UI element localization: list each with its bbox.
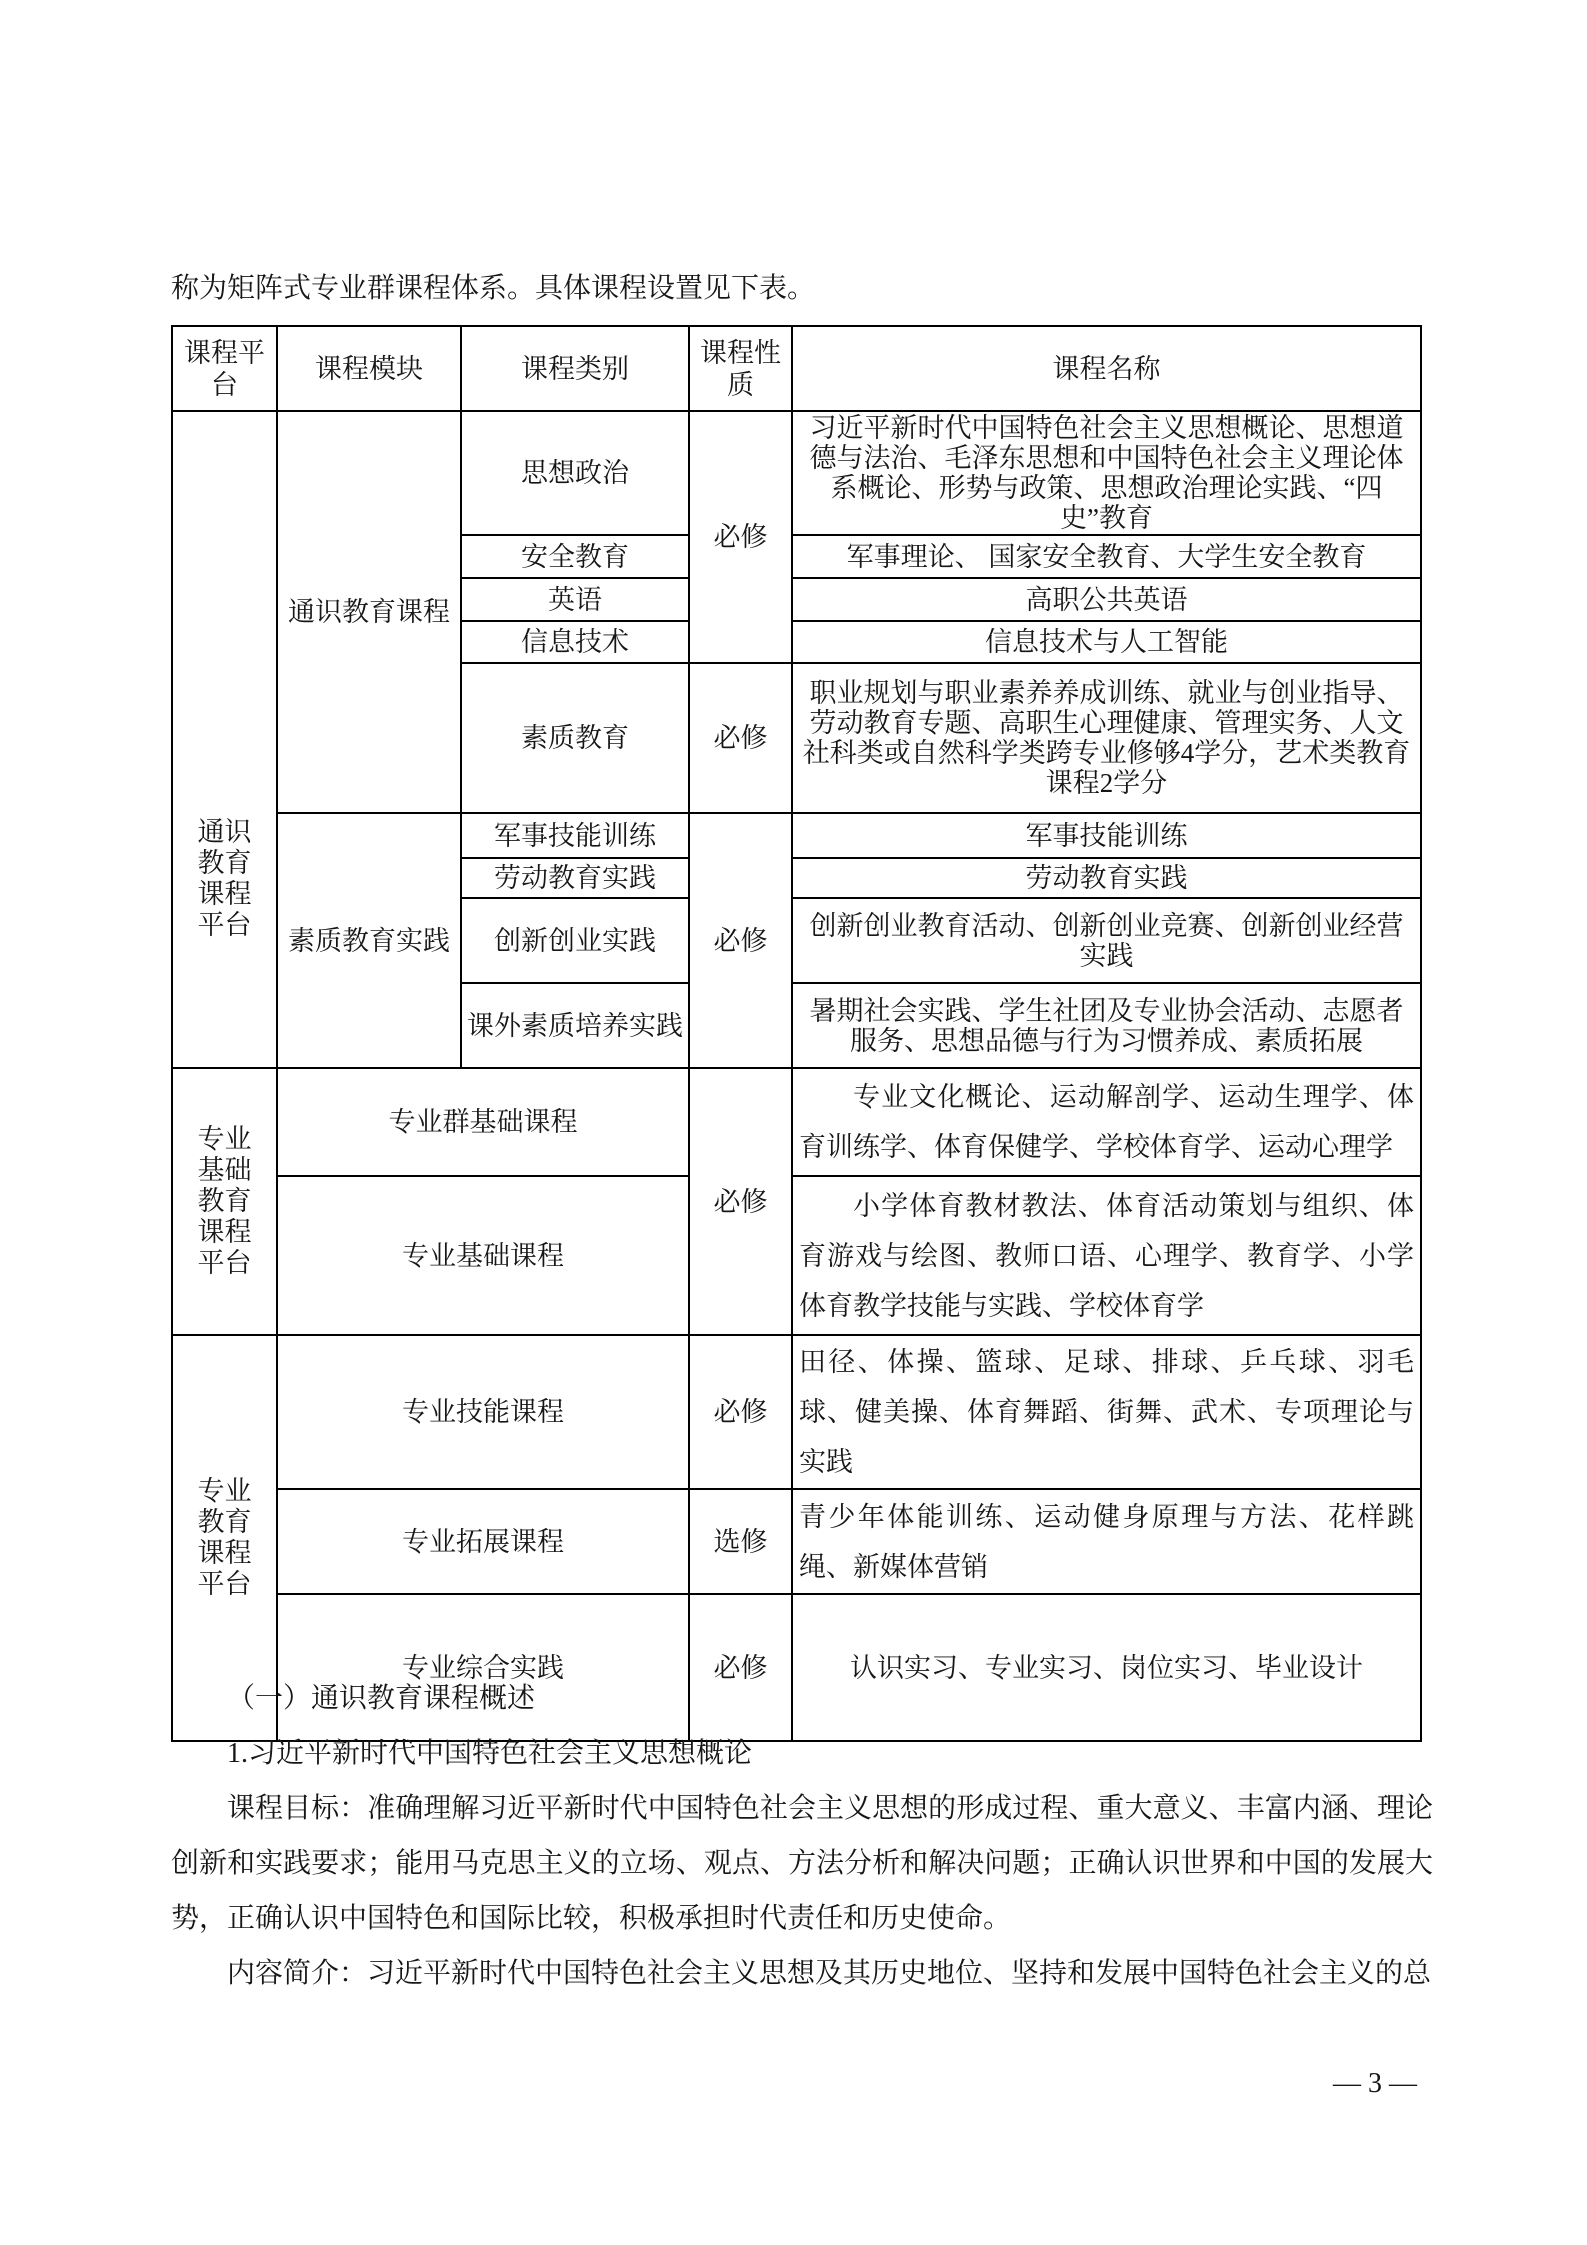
after-table-text: （一）通识教育课程概述 1.习近平新时代中国特色社会主义思想概论 课程目标：准确…	[171, 1671, 1433, 2001]
cell-nature-required: 必修	[689, 1335, 792, 1489]
document-page: 称为矩阵式专业群课程体系。具体课程设置见下表。 课程平台 课程模块 课程类别 课…	[0, 0, 1587, 2245]
cell-category-it: 信息技术	[461, 621, 689, 663]
curriculum-table: 课程平台 课程模块 课程类别 课程性质 课程名称 通识 教育 课程 平台 通识教…	[171, 325, 1422, 1742]
intro-paragraph: 称为矩阵式专业群课程体系。具体课程设置见下表。	[171, 272, 1433, 306]
table-row: 专业 基础 教育 课程 平台 专业群基础课程 必修 专业文化概论、运动解剖学、运…	[172, 1068, 1421, 1176]
cell-nature-required: 必修	[689, 663, 792, 813]
cell-courses-professional-basic: 小学体育教材教法、体育活动策划与组织、体育游戏与绘图、教师口语、心理学、教育学、…	[792, 1176, 1421, 1335]
cell-courses-military-training: 军事技能训练	[792, 813, 1421, 858]
cell-category-skills: 专业技能课程	[277, 1335, 689, 1489]
cell-courses-safety: 军事理论、 国家安全教育、大学生安全教育	[792, 535, 1421, 578]
cell-category-military-training: 军事技能训练	[461, 813, 689, 858]
table-row: 通识 教育 课程 平台 通识教育课程 思想政治 必修 习近平新时代中国特色社会主…	[172, 411, 1421, 535]
cell-category-ideological: 思想政治	[461, 411, 689, 535]
cell-courses-labor-practice: 劳动教育实践	[792, 858, 1421, 898]
paragraph-content-intro: 内容简介：习近平新时代中国特色社会主义思想及其历史地位、坚持和发展中国特色社会主…	[171, 1946, 1433, 2001]
cell-category-quality: 素质教育	[461, 663, 689, 813]
cell-nature-required: 必修	[689, 813, 792, 1068]
table-header-row: 课程平台 课程模块 课程类别 课程性质 课程名称	[172, 326, 1421, 411]
cell-courses-group-basic: 专业文化概论、运动解剖学、运动生理学、体育训练学、体育保健学、学校体育学、运动心…	[792, 1068, 1421, 1176]
cell-nature-required: 必修	[689, 411, 792, 663]
table-row: 专业基础课程 小学体育教材教法、体育活动策划与组织、体育游戏与绘图、教师口语、心…	[172, 1176, 1421, 1335]
page-number: — 3 —	[171, 2068, 1417, 2100]
cell-courses-ideological: 习近平新时代中国特色社会主义思想概论、思想道德与法治、毛泽东思想和中国特色社会主…	[792, 411, 1421, 535]
header-nature: 课程性质	[689, 326, 792, 411]
cell-courses-expansion: 青少年体能训练、运动健身原理与方法、花样跳绳、新媒体营销	[792, 1489, 1421, 1594]
cell-courses-extracurricular: 暑期社会实践、学生社团及专业协会活动、志愿者服务、思想品德与行为习惯养成、素质拓…	[792, 983, 1421, 1068]
cell-category-group-basic: 专业群基础课程	[277, 1068, 689, 1176]
cell-module-general-courses: 通识教育课程	[277, 411, 461, 813]
cell-platform-professional-basic: 专业 基础 教育 课程 平台	[172, 1068, 277, 1335]
cell-category-innovation: 创新创业实践	[461, 898, 689, 983]
cell-category-english: 英语	[461, 578, 689, 621]
table-row: 专业 教育 课程 平台 专业技能课程 必修 田径、体操、篮球、足球、排球、乒乓球…	[172, 1335, 1421, 1489]
cell-category-safety: 安全教育	[461, 535, 689, 578]
table-row: 专业拓展课程 选修 青少年体能训练、运动健身原理与方法、花样跳绳、新媒体营销	[172, 1489, 1421, 1594]
cell-nature-required: 必修	[689, 1068, 792, 1335]
header-module: 课程模块	[277, 326, 461, 411]
section-heading-overview: （一）通识教育课程概述	[171, 1671, 1433, 1726]
cell-courses-it: 信息技术与人工智能	[792, 621, 1421, 663]
cell-courses-innovation: 创新创业教育活动、创新创业竞赛、创新创业经营实践	[792, 898, 1421, 983]
cell-category-professional-basic: 专业基础课程	[277, 1176, 689, 1335]
cell-category-extracurricular: 课外素质培养实践	[461, 983, 689, 1068]
cell-courses-skills: 田径、体操、篮球、足球、排球、乒乓球、羽毛球、健美操、体育舞蹈、街舞、武术、专项…	[792, 1335, 1421, 1489]
cell-courses-quality: 职业规划与职业素养养成训练、就业与创业指导、 劳动教育专题、高职生心理健康、管理…	[792, 663, 1421, 813]
table-row: 素质教育实践 军事技能训练 必修 军事技能训练	[172, 813, 1421, 858]
header-platform: 课程平台	[172, 326, 277, 411]
cell-category-labor-practice: 劳动教育实践	[461, 858, 689, 898]
header-name: 课程名称	[792, 326, 1421, 411]
cell-platform-general-education: 通识 教育 课程 平台	[172, 411, 277, 1068]
cell-module-quality-practice: 素质教育实践	[277, 813, 461, 1068]
cell-courses-english: 高职公共英语	[792, 578, 1421, 621]
cell-nature-elective: 选修	[689, 1489, 792, 1594]
cell-category-expansion: 专业拓展课程	[277, 1489, 689, 1594]
header-category: 课程类别	[461, 326, 689, 411]
paragraph-course-objectives: 课程目标：准确理解习近平新时代中国特色社会主义思想的形成过程、重大意义、丰富内涵…	[171, 1781, 1433, 1946]
subsection-heading-course: 1.习近平新时代中国特色社会主义思想概论	[171, 1726, 1433, 1781]
